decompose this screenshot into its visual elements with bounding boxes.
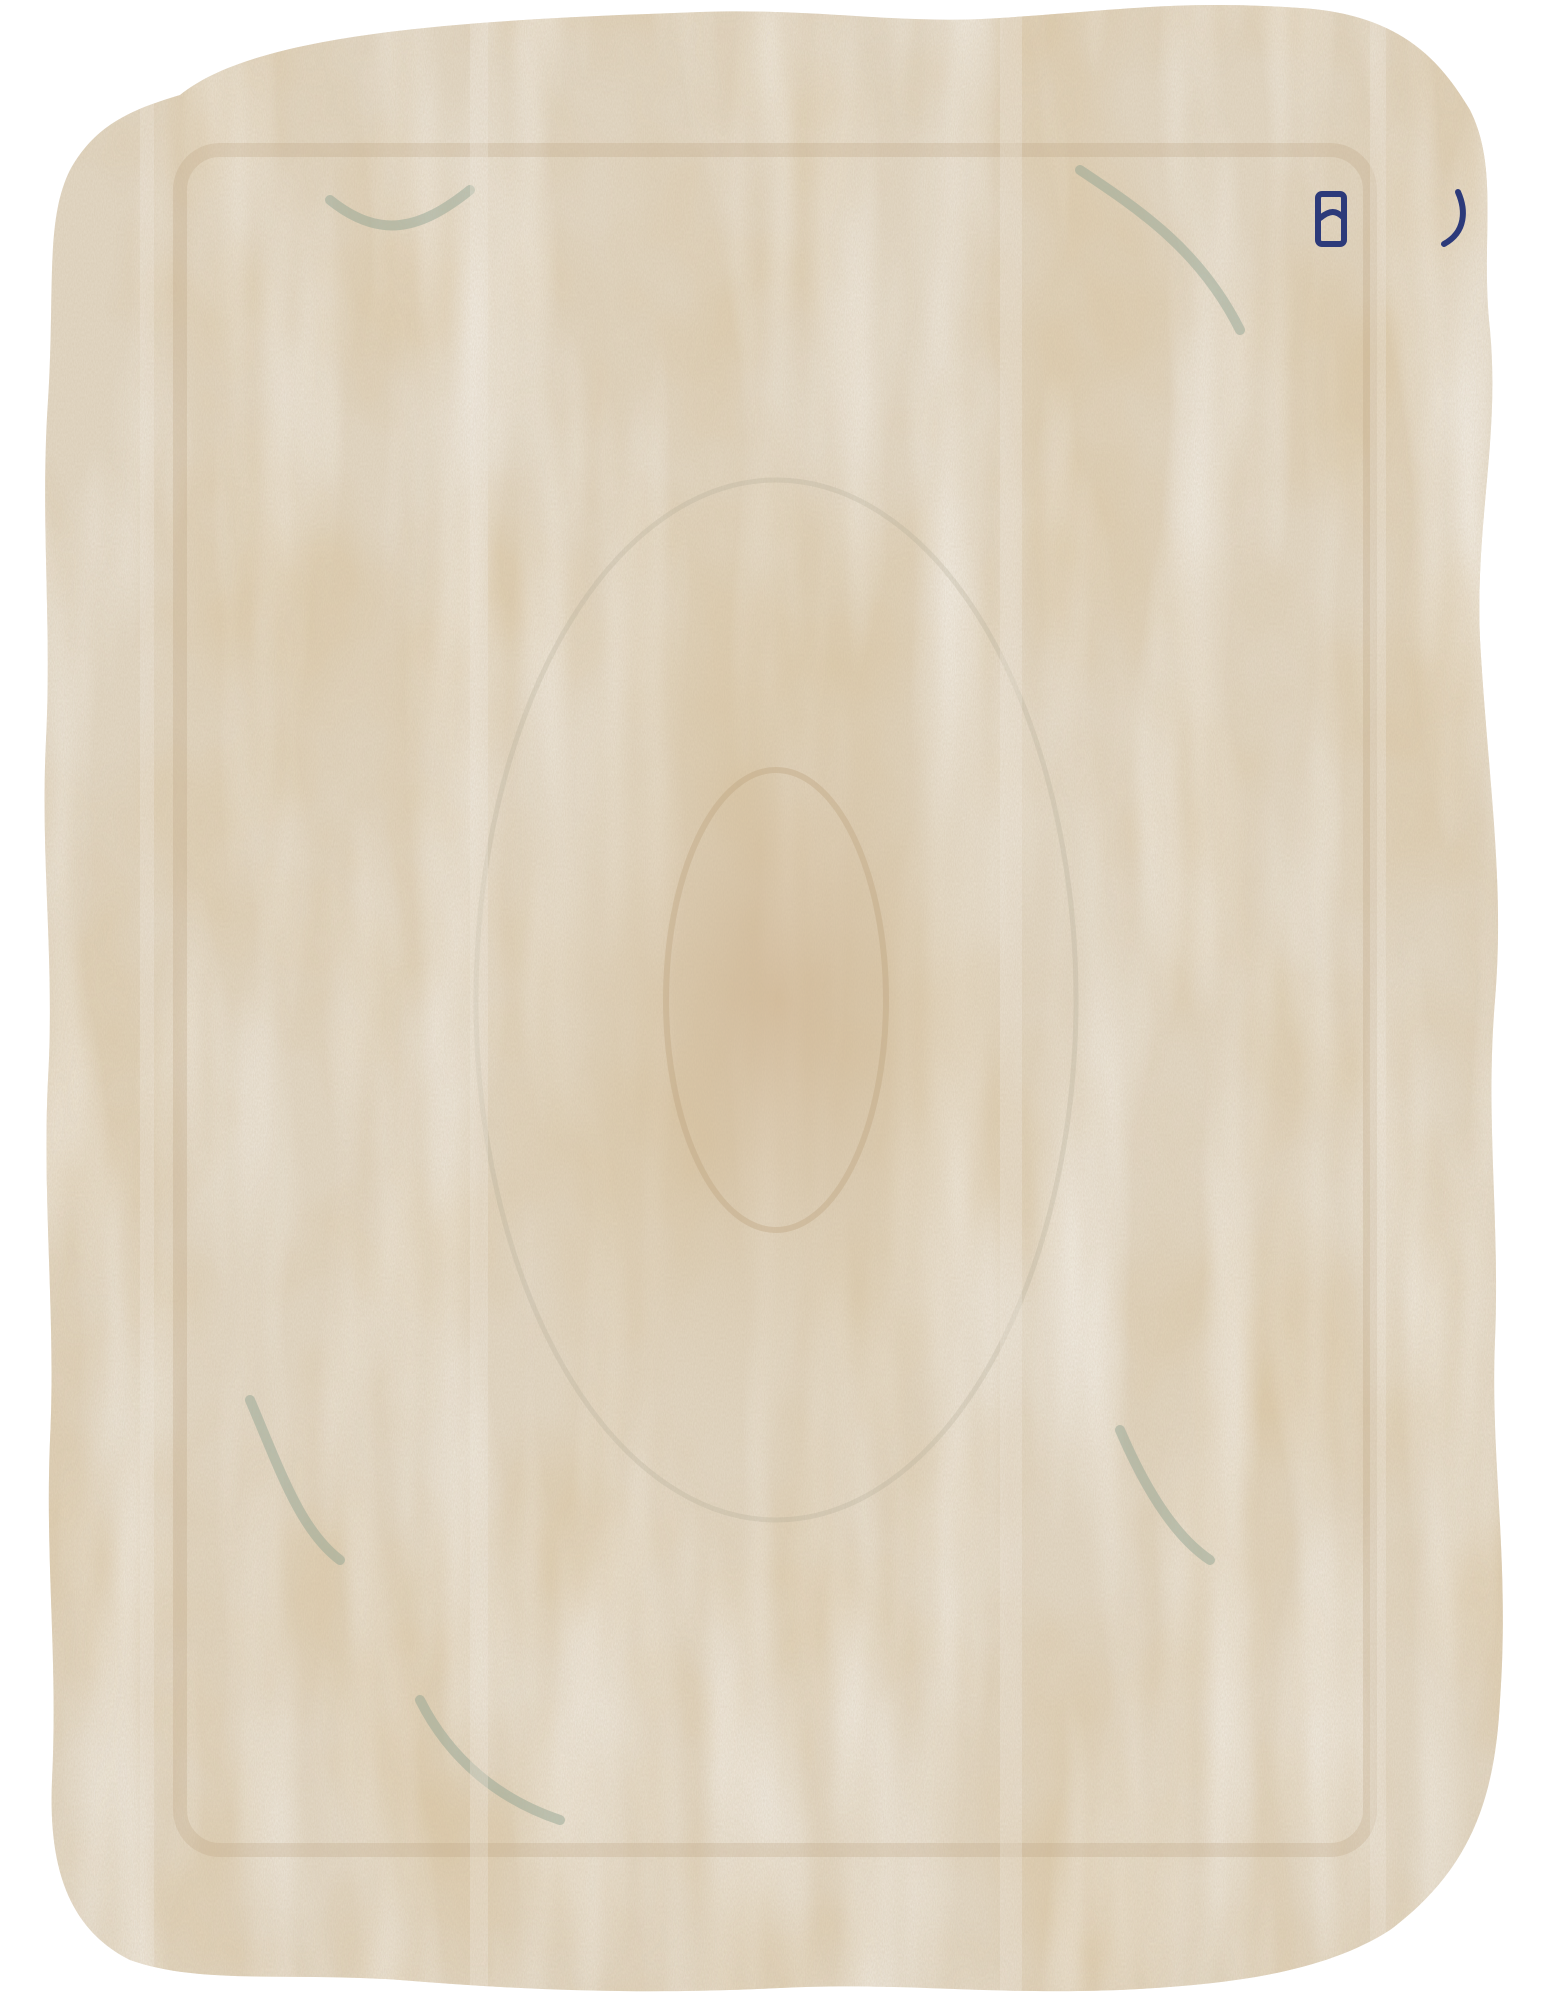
rug-photo bbox=[0, 0, 1552, 2000]
rug-image bbox=[0, 0, 1552, 2000]
rug-body bbox=[0, 0, 1552, 2000]
